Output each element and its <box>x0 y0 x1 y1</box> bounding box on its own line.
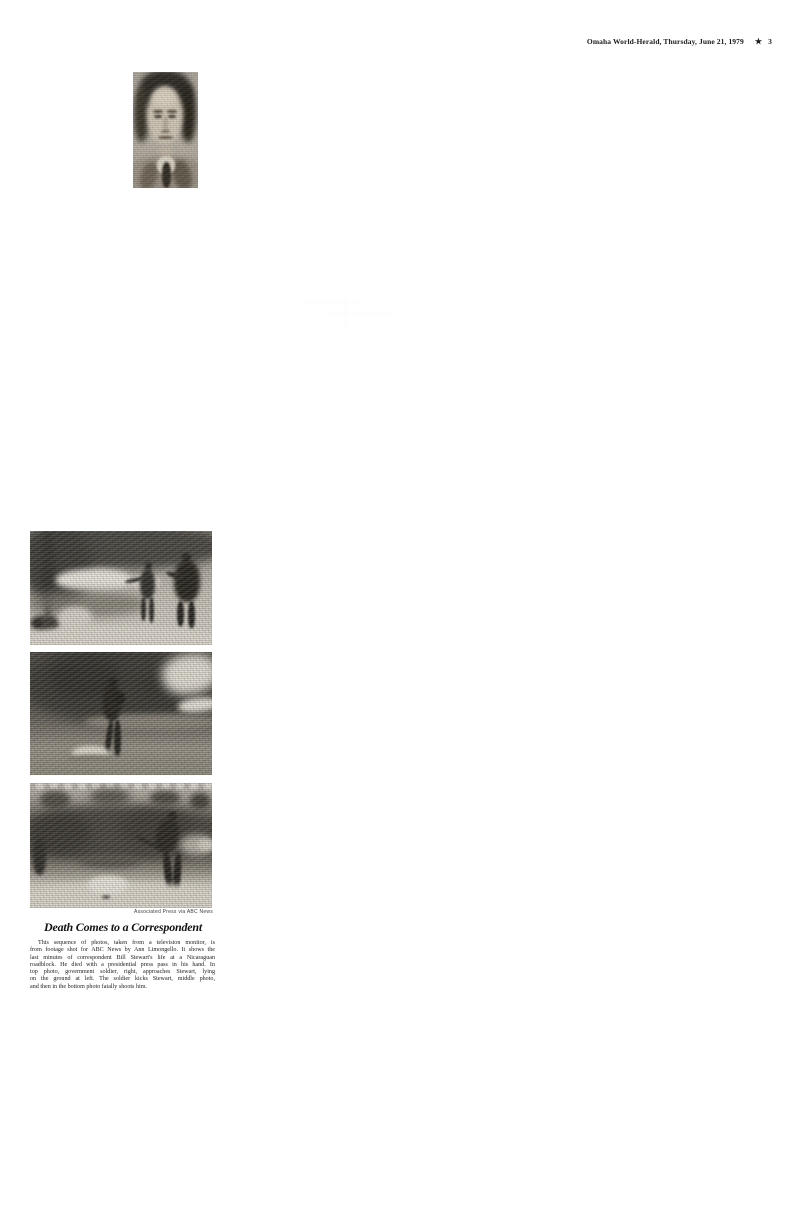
newspaper-page: Omaha World-Herald, Thursday, June 21, 1… <box>0 0 799 1219</box>
caption-line: from footage shot for ABC News by Ann Li… <box>30 947 215 954</box>
masthead-text: Omaha World-Herald, Thursday, June 21, 1… <box>587 37 744 46</box>
caption-line: on the ground at left. The soldier kicks… <box>30 976 215 983</box>
page-number: 3 <box>768 37 772 46</box>
photo-credit: Associated Press via ABC News <box>30 909 213 915</box>
caption-title: Death Comes to a Correspondent <box>28 920 218 935</box>
star-icon: ★ <box>755 37 762 46</box>
photo-bottom-soldier-shoots <box>30 783 212 908</box>
portrait-photo-bill-stewart <box>133 72 198 188</box>
caption-line: last minutes of correspondent Bill Stewa… <box>30 955 215 962</box>
caption-line: roadblock. He died with a presidential p… <box>30 962 215 969</box>
photo-top-soldier-approaches <box>30 531 212 645</box>
photo-middle-soldier-kicks <box>30 652 212 775</box>
scan-artifact <box>297 292 397 332</box>
masthead: Omaha World-Herald, Thursday, June 21, 1… <box>587 37 772 46</box>
caption-line: and then in the bottom photo fatally sho… <box>30 984 215 991</box>
caption-body: This sequence of photos, taken from a te… <box>30 940 215 991</box>
